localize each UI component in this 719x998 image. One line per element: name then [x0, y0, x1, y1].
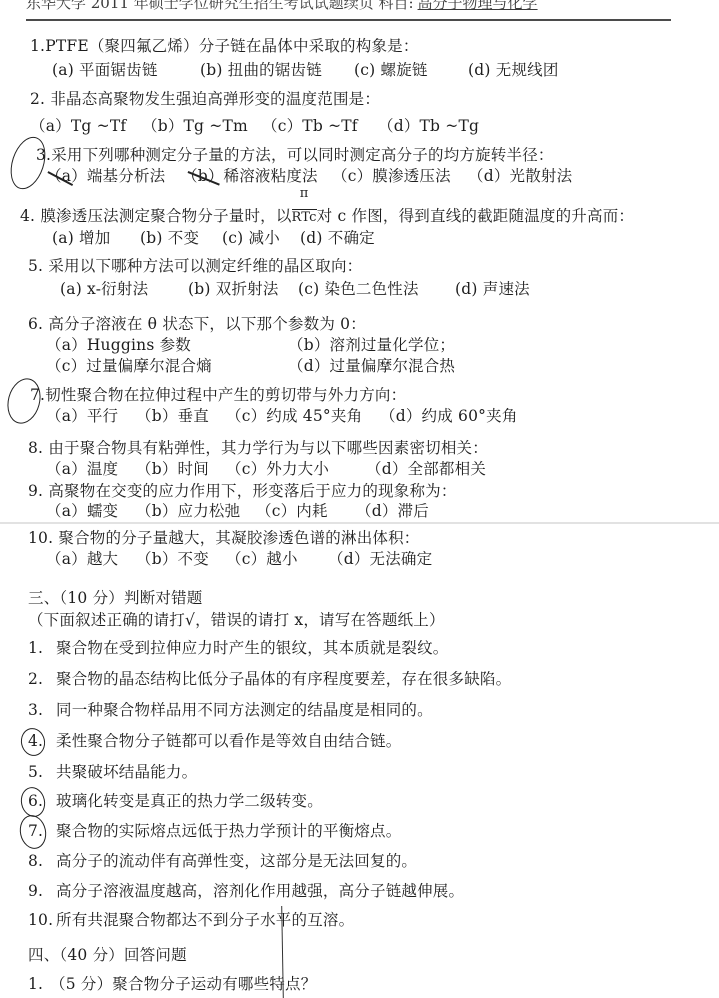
- question-7: 7.韧性聚合物在拉伸过程中产生的剪切带与外力方向：: [30, 385, 406, 405]
- option-b: (b) 不变: [140, 228, 199, 248]
- option-d: (d) 不确定: [300, 228, 375, 248]
- item-text: 聚合物在受到拉伸应力时产生的银纹，其本质就是裂纹。: [56, 639, 449, 657]
- option-c: （c）内耗: [256, 501, 328, 521]
- question-text: 采用下列哪种测定分子量的方法，可以同时测定高分子的均方旋转半径：: [51, 146, 553, 164]
- true-false-item-10: 10.所有共混聚合物都达不到分子水平的互溶。: [28, 910, 354, 930]
- option-a: （a）端基分析法: [46, 166, 165, 186]
- scan-fold-artifact: [0, 522, 719, 524]
- option-b: (b) 扭曲的锯齿链: [200, 60, 322, 80]
- option-a: （a）温度: [46, 459, 118, 479]
- option-d: (d) 无规线团: [468, 60, 559, 80]
- true-false-item-5: 5.共聚破坏结晶能力。: [28, 762, 197, 782]
- option-b: （b）时间: [136, 459, 209, 479]
- section-3-instruction: （下面叙述正确的请打√，错误的请打 x，请写在答题纸上）: [28, 610, 445, 630]
- item-text: 柔性聚合物分子链都可以看作是等效自由结合链。: [56, 732, 401, 750]
- item-text: （5 分）聚合物分子运动有哪些特点？: [50, 975, 316, 993]
- option-a: (a) x-衍射法: [60, 279, 148, 299]
- section-3-title: 三、（10 分）判断对错题: [28, 588, 203, 608]
- question-text: 由于聚合物具有粘弹性，其力学行为与以下哪些因素密切相关：: [48, 439, 488, 457]
- true-false-item-8: 8.高分子的流动伴有高弹性变，这部分是无法回复的。: [28, 851, 417, 871]
- question-text: 聚合物的分子量越大，其凝胶渗透色谱的淋出体积：: [58, 529, 419, 547]
- option-d: （d）全部都相关: [366, 459, 486, 479]
- question-number: 6.: [28, 315, 43, 333]
- true-false-item-1: 1.聚合物在受到拉伸应力时产生的银纹，其本质就是裂纹。: [28, 638, 449, 658]
- question-number: 1.: [30, 37, 45, 55]
- item-text: 所有共混聚合物都达不到分子水平的互溶。: [56, 911, 354, 929]
- handwritten-circle-mark: [17, 813, 50, 852]
- option-d: （d）约成 60°夹角: [380, 406, 518, 426]
- option-d: （d）过量偏摩尔混合热: [288, 356, 455, 376]
- question-6: 6. 高分子溶液在 θ 状态下，以下那个参数为 0：: [28, 314, 366, 334]
- item-number: 1.: [28, 638, 56, 658]
- item-text: 聚合物的晶态结构比低分子晶体的有序程度要差，存在很多缺陷。: [56, 670, 511, 688]
- option-a: (a) 增加: [52, 228, 110, 248]
- item-number: 9.: [28, 881, 56, 901]
- question-text: 采用以下哪种方法可以测定纤维的晶区取向：: [48, 257, 362, 275]
- question-10: 10. 聚合物的分子量越大，其凝胶渗透色谱的淋出体积：: [28, 528, 420, 548]
- option-b: (b) 双折射法: [188, 279, 279, 299]
- true-false-item-2: 2.聚合物的晶态结构比低分子晶体的有序程度要差，存在很多缺陷。: [28, 669, 511, 689]
- option-c: （c）外力大小: [226, 459, 329, 479]
- header-title: 东华大学 2011 年硕士学位研究生招生考试试题续页 科目:: [26, 0, 414, 12]
- question-number: 10.: [28, 529, 53, 547]
- option-d: （d）无法确定: [328, 549, 432, 569]
- question-number: 8.: [28, 439, 43, 457]
- question-1: 1.PTFE（聚四氟乙烯）分子链在晶体中采取的构象是：: [30, 36, 419, 56]
- option-b: （b）溶剂过量化学位；: [288, 335, 455, 355]
- question-text: 膜渗透压法测定聚合物分子量时，以: [40, 207, 291, 225]
- option-a: （a）Tg ~Tf: [30, 116, 126, 136]
- true-false-item-4: 4.柔性聚合物分子链都可以看作是等效自由结合链。: [28, 731, 401, 751]
- option-a: （a）越大: [46, 549, 118, 569]
- question-number: 5.: [28, 257, 43, 275]
- option-d: (d) 声速法: [455, 279, 530, 299]
- option-d: （d）光散射法: [468, 166, 572, 186]
- option-a: （a）平行: [46, 406, 118, 426]
- exam-page: 东华大学 2011 年硕士学位研究生招生考试试题续页 科目:高分子物理与化学 1…: [0, 0, 719, 998]
- item-text: 高分子的流动伴有高弹性变，这部分是无法回复的。: [56, 852, 417, 870]
- question-text: 高分子溶液在 θ 状态下，以下那个参数为 0：: [48, 315, 366, 333]
- question-5: 5. 采用以下哪种方法可以测定纤维的晶区取向：: [28, 256, 362, 276]
- option-c: （c）约成 45°夹角: [226, 406, 362, 426]
- question-3: 3.采用下列哪种测定分子量的方法，可以同时测定高分子的均方旋转半径：: [36, 145, 554, 165]
- option-b: （b）垂直: [136, 406, 209, 426]
- page-header: 东华大学 2011 年硕士学位研究生招生考试试题续页 科目:高分子物理与化学: [26, 0, 546, 12]
- question-text-cont: 对 c 作图，得到直线的截距随温度的升高而：: [317, 207, 634, 225]
- option-c: （c）越小: [226, 549, 298, 569]
- fraction-denominator: RTc: [292, 209, 317, 225]
- option-a: (a) 平面锯齿链: [52, 60, 158, 80]
- handwritten-circle-mark: [18, 785, 48, 819]
- true-false-item-6: 6.玻璃化转变是真正的热力学二级转变。: [28, 791, 323, 811]
- option-b: （b）不变: [136, 549, 209, 569]
- item-number: 3.: [28, 700, 56, 720]
- option-a: （a）蠕变: [46, 501, 118, 521]
- option-d: （d）滞后: [356, 501, 429, 521]
- question-text: 非晶态高聚物发生强迫高弹形变的温度范围是：: [50, 90, 380, 108]
- question-text: 韧性聚合物在拉伸过程中产生的剪切带与外力方向：: [45, 386, 406, 404]
- section-4-title: 四、（40 分）回答问题: [28, 945, 187, 965]
- item-text: 同一种聚合物样品用不同方法测定的结晶度是相同的。: [56, 701, 433, 719]
- option-c: (c) 螺旋链: [354, 60, 428, 80]
- item-number: 10.: [28, 910, 56, 930]
- true-false-item-7: 7.聚合物的实际熔点远低于热力学预计的平衡熔点。: [28, 821, 401, 841]
- item-number: 8.: [28, 851, 56, 871]
- item-number: 2.: [28, 669, 56, 689]
- option-c: (c) 染色二色性法: [298, 279, 419, 299]
- item-number: 5.: [28, 762, 56, 782]
- true-false-item-9: 9.高分子溶液温度越高，溶剂化作用越强，高分子链越伸展。: [28, 881, 464, 901]
- question-number: 9.: [28, 482, 43, 500]
- option-b: （b）应力松弛: [136, 501, 240, 521]
- handwritten-circle-mark: [4, 132, 51, 193]
- item-text: 玻璃化转变是真正的热力学二级转变。: [56, 792, 323, 810]
- question-number: 2.: [30, 90, 45, 108]
- question-4: 4. 膜渗透压法测定聚合物分子量时，以πRTc对 c 作图，得到直线的截距随温度…: [20, 206, 634, 228]
- short-answer-item-1: 1.（5 分）聚合物分子运动有哪些特点？: [28, 974, 316, 994]
- option-a: （a）Huggins 参数: [46, 335, 191, 355]
- fraction-numerator: π: [300, 184, 309, 204]
- question-number: 4.: [20, 207, 35, 225]
- fraction-pi-over-rtc: πRTc: [292, 206, 317, 228]
- question-text: PTFE（聚四氟乙烯）分子链在晶体中采取的构象是：: [45, 37, 418, 55]
- question-9: 9. 高聚物在交变的应力作用下，形变落后于应力的现象称为：: [28, 481, 457, 501]
- option-d: （d）Tb ~Tg: [378, 116, 479, 136]
- question-8: 8. 由于聚合物具有粘弹性，其力学行为与以下哪些因素密切相关：: [28, 438, 488, 458]
- option-b: （b）Tg ~Tm: [142, 116, 248, 136]
- question-2: 2. 非晶态高聚物发生强迫高弹形变的温度范围是：: [30, 89, 380, 109]
- question-text: 高聚物在交变的应力作用下，形变落后于应力的现象称为：: [48, 482, 456, 500]
- handwritten-circle-mark: [3, 375, 46, 428]
- header-subject: 高分子物理与化学: [418, 0, 538, 12]
- item-text: 高分子溶液温度越高，溶剂化作用越强，高分子链越伸展。: [56, 882, 464, 900]
- item-number: 1.: [28, 974, 50, 994]
- option-c: （c）Tb ~Tf: [262, 116, 358, 136]
- option-c: (c) 减小: [222, 228, 280, 248]
- item-text: 共聚破坏结晶能力。: [56, 763, 197, 781]
- option-c: （c）过量偏摩尔混合熵: [46, 356, 212, 376]
- true-false-item-3: 3.同一种聚合物样品用不同方法测定的结晶度是相同的。: [28, 700, 433, 720]
- header-rule: [26, 19, 671, 21]
- item-text: 聚合物的实际熔点远低于热力学预计的平衡熔点。: [56, 822, 401, 840]
- option-c: （c）膜渗透压法: [332, 166, 451, 186]
